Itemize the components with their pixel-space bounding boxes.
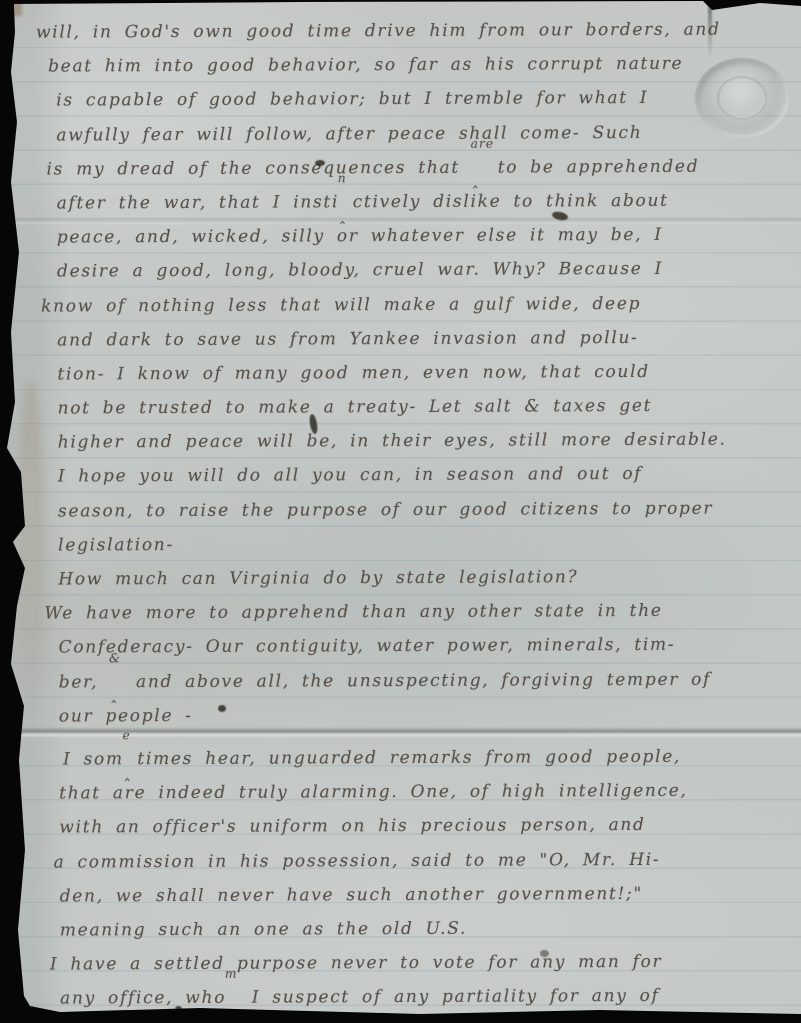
letter-line: I have a settled purpose never to vote f…: [50, 944, 793, 981]
letter-line: meaning such an one as the old U.S.: [60, 910, 793, 947]
interlinear-insertion: m‸: [226, 986, 240, 1003]
letter-line: legislation-: [58, 525, 791, 562]
ink-blot: [315, 160, 325, 166]
letter-line: desire a good, long, bloody, cruel war. …: [57, 252, 790, 289]
caret-mark: ‸: [111, 677, 118, 711]
letter-line: that are indeed truly alarming. One, of …: [59, 773, 792, 810]
caret-mark: ‸: [473, 163, 480, 197]
ink-blot: [540, 950, 549, 957]
letter-line: higher and peace will be, in their eyes,…: [58, 423, 791, 460]
caret-mark: ‸: [125, 755, 132, 789]
ink-blot: [175, 1006, 182, 1012]
letter-line: a commission in his possession, said to …: [53, 842, 792, 879]
interlinear-insertion: n‸: [339, 190, 353, 207]
letter-line: den, we shall never have such another go…: [60, 876, 793, 913]
caret-mark: ‸: [227, 994, 234, 1023]
letter-line: with an officer's uniform on his preciou…: [59, 808, 792, 845]
letter-line: beat him into good behavior, so far as h…: [48, 46, 789, 83]
letter-line: and dark to save us from Yankee invasion…: [57, 320, 790, 357]
letter-line: any office, whom‸ I suspect of any parti…: [60, 979, 793, 1016]
letter-body: will, in God's own good time drive him f…: [0, 0, 801, 1016]
letter-line: Confederacy- Our contiguity, water power…: [59, 628, 792, 665]
letter-line: awfully fear will follow, after peace sh…: [56, 115, 789, 152]
letter-line: tion- I know of many good men, even now,…: [57, 354, 790, 391]
letter-line: our people -: [59, 696, 792, 733]
letter-line: will, in God's own good time drive him f…: [36, 12, 789, 49]
letter-page: will, in God's own good time drive him f…: [0, 0, 801, 1023]
letter-line: is capable of good behavior; but I tremb…: [56, 81, 789, 118]
letter-line: ber, &‸ and above all, the unsuspecting,…: [59, 662, 792, 699]
letter-line: not be trusted to make a treaty- Let sal…: [57, 388, 790, 425]
interlinear-insertion: e‸: [124, 747, 138, 764]
letter-line: is my dread of the consequences that are…: [46, 149, 789, 186]
caret-mark: ‸: [340, 198, 347, 232]
interlinear-insertion: are‸: [472, 155, 486, 172]
letter-line: know of nothing less that will make a gu…: [41, 286, 790, 323]
letter-line: peace, and, wicked, silly or whatever el…: [57, 217, 790, 254]
letter-line: season, to raise the purpose of our good…: [58, 491, 791, 528]
ink-blot: [218, 705, 226, 712]
letter-line: I hope you will do all you can, in seaso…: [58, 457, 791, 494]
interlinear-insertion: &‸: [110, 670, 124, 687]
letter-line: I some‸times hear, unguarded remarks fro…: [63, 739, 792, 776]
letter-line: How much can Virginia do by state legisl…: [58, 559, 791, 596]
letter-line: after the war, that I instin‸ctively dis…: [57, 183, 790, 220]
letter-line: We have more to apprehend than any other…: [44, 593, 791, 630]
